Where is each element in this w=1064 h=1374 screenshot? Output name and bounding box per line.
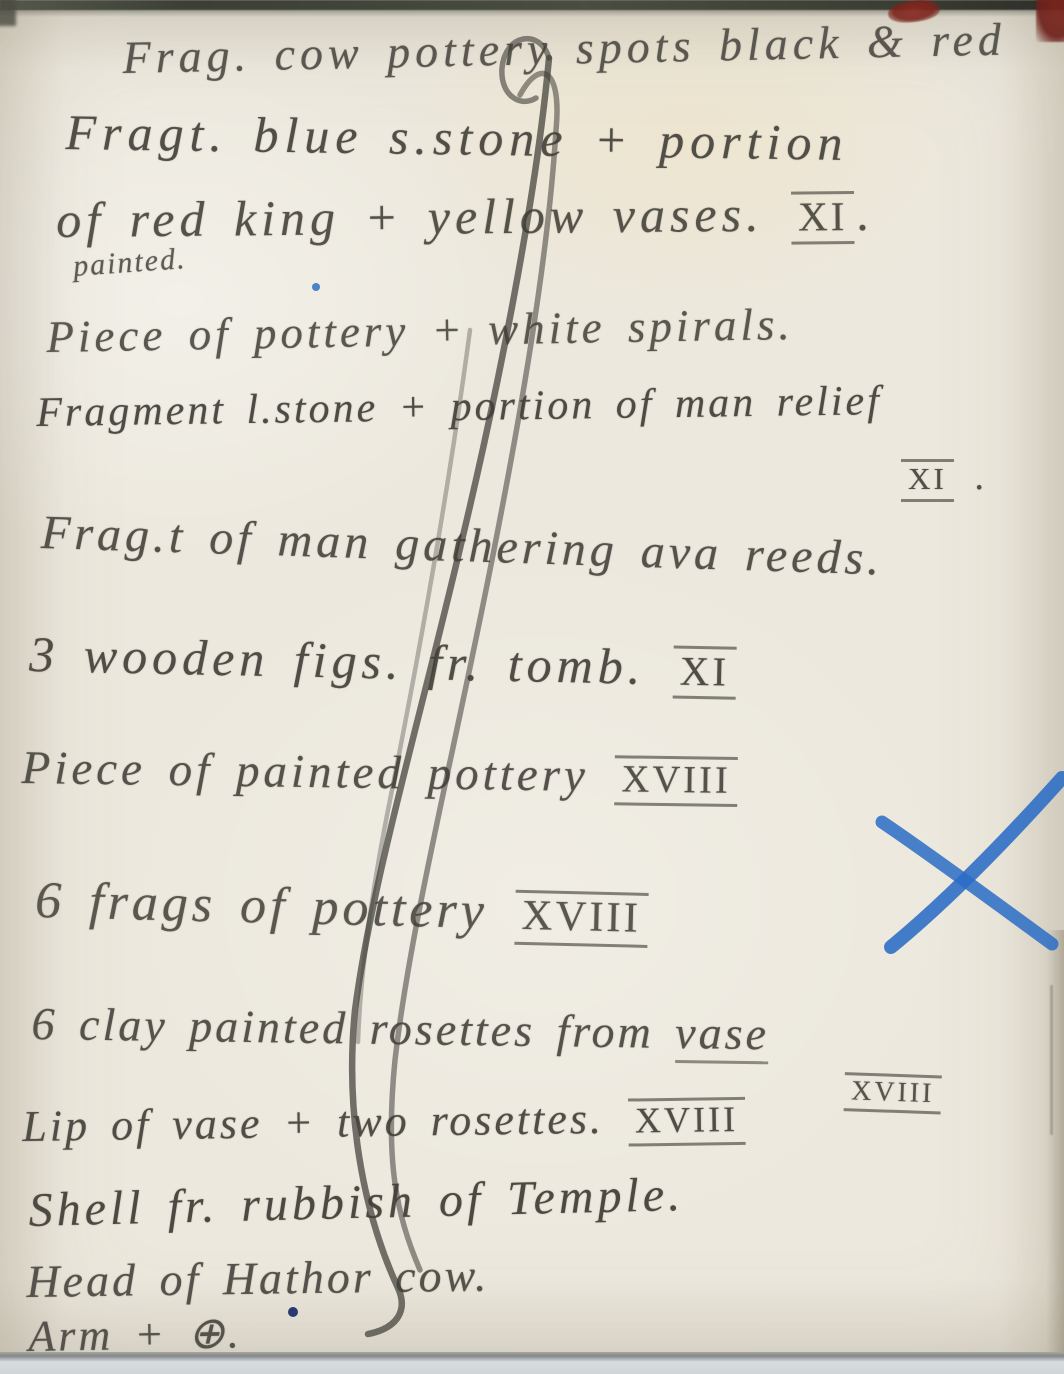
handwritten-line: 6 clay painted rosettes from vase xyxy=(31,998,769,1060)
handwritten-text: . xyxy=(857,185,875,241)
handwritten-line: Piece of painted pottery XVIII xyxy=(21,742,741,808)
handwritten-line: Fragt. blue s.stone + portion xyxy=(65,104,849,171)
handwritten-text: Frag. cow pottery spots black & red xyxy=(122,13,1006,82)
roman-numeral: XVIII xyxy=(514,890,648,948)
handwritten-line: 3 wooden figs. fr. tomb. XI xyxy=(29,626,740,700)
scan-edge-bottom xyxy=(0,1352,1064,1374)
handwritten-text: Fragment l.stone + portion of man relief xyxy=(36,378,882,436)
scanned-note-page: Frag. cow pottery spots black & redFragt… xyxy=(0,0,1064,1374)
handwritten-text: Head of Hathor cow. xyxy=(26,1250,490,1307)
handwritten-text: Fragt. blue s.stone + portion xyxy=(65,104,849,171)
handwritten-text: vase xyxy=(675,1007,770,1064)
roman-numeral: XVIII xyxy=(844,1072,942,1115)
handwritten-text: . xyxy=(957,456,987,498)
roman-numeral: XI xyxy=(901,459,954,502)
roman-numeral: XVIII xyxy=(614,755,738,807)
handwritten-line: XVIII xyxy=(841,1070,945,1115)
handwritten-line: Head of Hathor cow. xyxy=(26,1250,490,1308)
handwritten-line: Frag. cow pottery spots black & red xyxy=(122,13,1006,83)
handwriting-layer: Frag. cow pottery spots black & redFragt… xyxy=(0,0,1064,1374)
handwritten-text: 6 clay painted rosettes from xyxy=(31,998,675,1058)
handwritten-text: Frag.t of man gathering ava reeds. xyxy=(40,506,884,585)
roman-numeral: XVIII xyxy=(628,1097,746,1147)
handwritten-line: Shell fr. rubbish of Temple. xyxy=(28,1168,685,1238)
handwritten-text: Lip of vase + two rosettes. xyxy=(22,1094,625,1151)
handwritten-line: of red king + yellow vases. XI. xyxy=(56,185,875,251)
handwritten-line: Piece of pottery + white spirals. xyxy=(46,299,794,362)
handwritten-line: Lip of vase + two rosettes. XVIII xyxy=(22,1092,748,1155)
handwritten-text: Piece of pottery + white spirals. xyxy=(46,299,794,362)
handwritten-text: of red king + yellow vases. xyxy=(56,186,788,248)
handwritten-line: XI . xyxy=(898,456,987,502)
handwritten-line: 6 frags of pottery XVIII xyxy=(35,872,652,948)
roman-numeral: XI xyxy=(672,645,736,699)
handwritten-line: Frag.t of man gathering ava reeds. xyxy=(40,506,884,586)
handwritten-text: 3 wooden figs. fr. tomb. xyxy=(29,626,671,695)
handwritten-text: Shell fr. rubbish of Temple. xyxy=(28,1168,685,1237)
handwritten-text: Piece of painted pottery xyxy=(21,742,612,802)
handwritten-text: painted. xyxy=(72,242,188,283)
handwritten-line: Fragment l.stone + portion of man relief xyxy=(36,378,882,437)
handwritten-text: 6 frags of pottery xyxy=(35,872,513,941)
handwritten-line: painted. xyxy=(72,242,188,283)
roman-numeral: XI xyxy=(791,191,855,245)
